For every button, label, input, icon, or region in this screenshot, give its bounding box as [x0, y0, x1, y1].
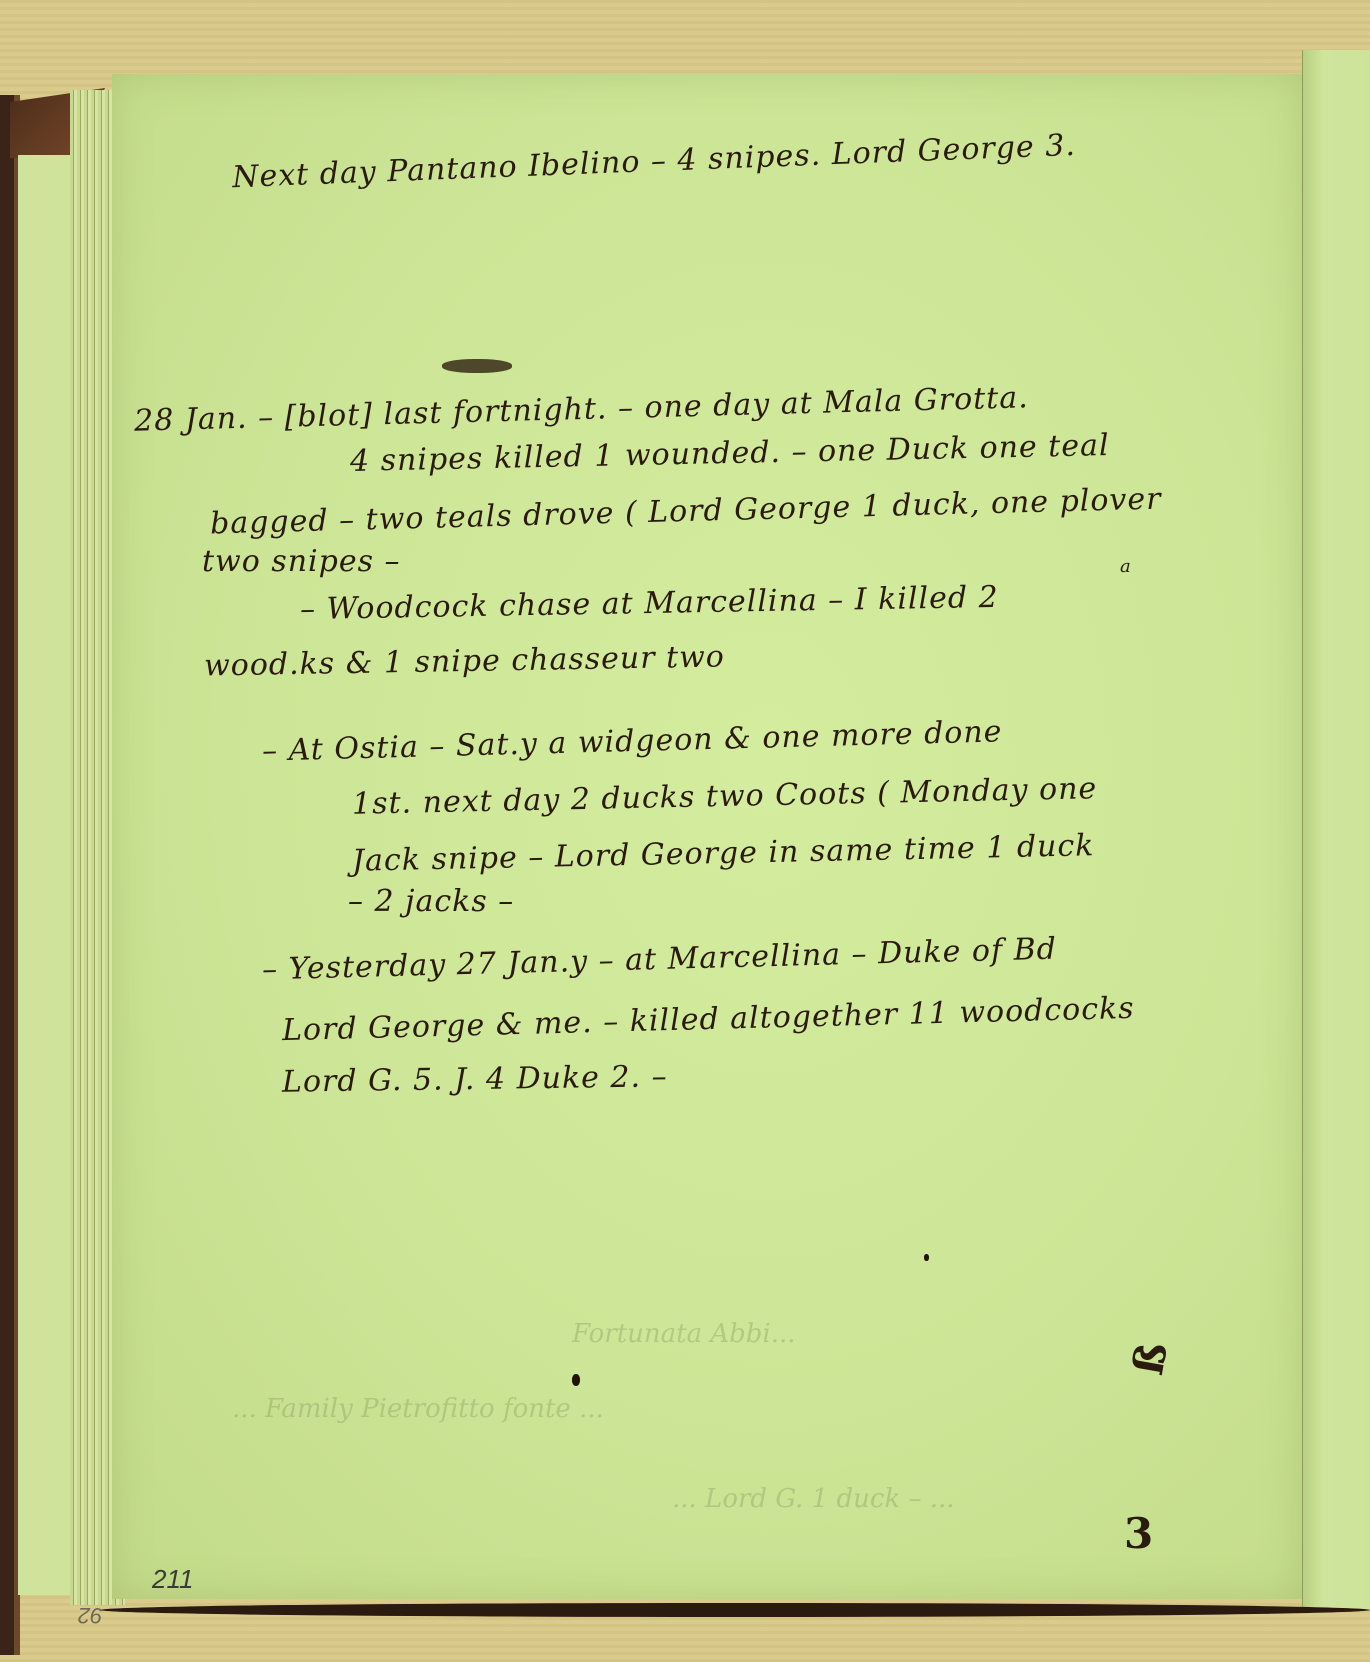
manuscript-line: – Yesterday 27 Jan.y – at Marcellina – D…	[262, 932, 1058, 988]
bleed-through-text: ... Family Pietrofitto fonte ...	[232, 1394, 604, 1424]
ink-spot	[924, 1254, 929, 1261]
manuscript-line: Next day Pantano Ibelino – 4 snipes. Lor…	[232, 128, 1077, 195]
pencil-folio-number: 92	[78, 1602, 102, 1628]
book-bottom-shadow	[100, 1603, 1370, 1617]
manuscript-line: Lord George & me. – killed altogether 11…	[282, 991, 1135, 1048]
ink-blot	[442, 359, 512, 373]
page-number: 211	[152, 1564, 193, 1595]
manuscript-page: Fortunata Abbi... ... Family Pietrofitto…	[112, 74, 1302, 1599]
manuscript-line: wood.ks & 1 snipe chasseur two	[204, 639, 725, 683]
manuscript-line: 28 Jan. – [blot] last fortnight. – one d…	[134, 380, 1029, 438]
manuscript-line: – At Ostia – Sat.y a widgeon & one more …	[262, 714, 1003, 768]
manuscript-line: – Woodcock chase at Marcellina – I kille…	[300, 580, 999, 627]
margin-mark: 3	[1124, 1509, 1153, 1558]
manuscript-line: two snipes –	[202, 544, 401, 579]
bleed-through-text: ... Lord G. 1 duck – ...	[672, 1484, 955, 1514]
manuscript-line: bagged – two teals drove ( Lord George 1…	[210, 482, 1162, 542]
facing-page-edge	[1302, 50, 1370, 1610]
margin-mark: ß	[1123, 1339, 1177, 1379]
bleed-through-text: Fortunata Abbi...	[572, 1319, 796, 1349]
manuscript-insertion: a	[1120, 556, 1132, 577]
manuscript-line: Lord G. 5. J. 4 Duke 2. –	[282, 1059, 668, 1099]
manuscript-line: Jack snipe – Lord George in same time 1 …	[352, 828, 1095, 879]
manuscript-line: – 2 jacks –	[348, 884, 514, 919]
manuscript-line: 4 snipes killed 1 wounded. – one Duck on…	[350, 428, 1110, 479]
manuscript-line: 1st. next day 2 ducks two Coots ( Monday…	[352, 771, 1098, 822]
ink-spot	[572, 1374, 580, 1386]
